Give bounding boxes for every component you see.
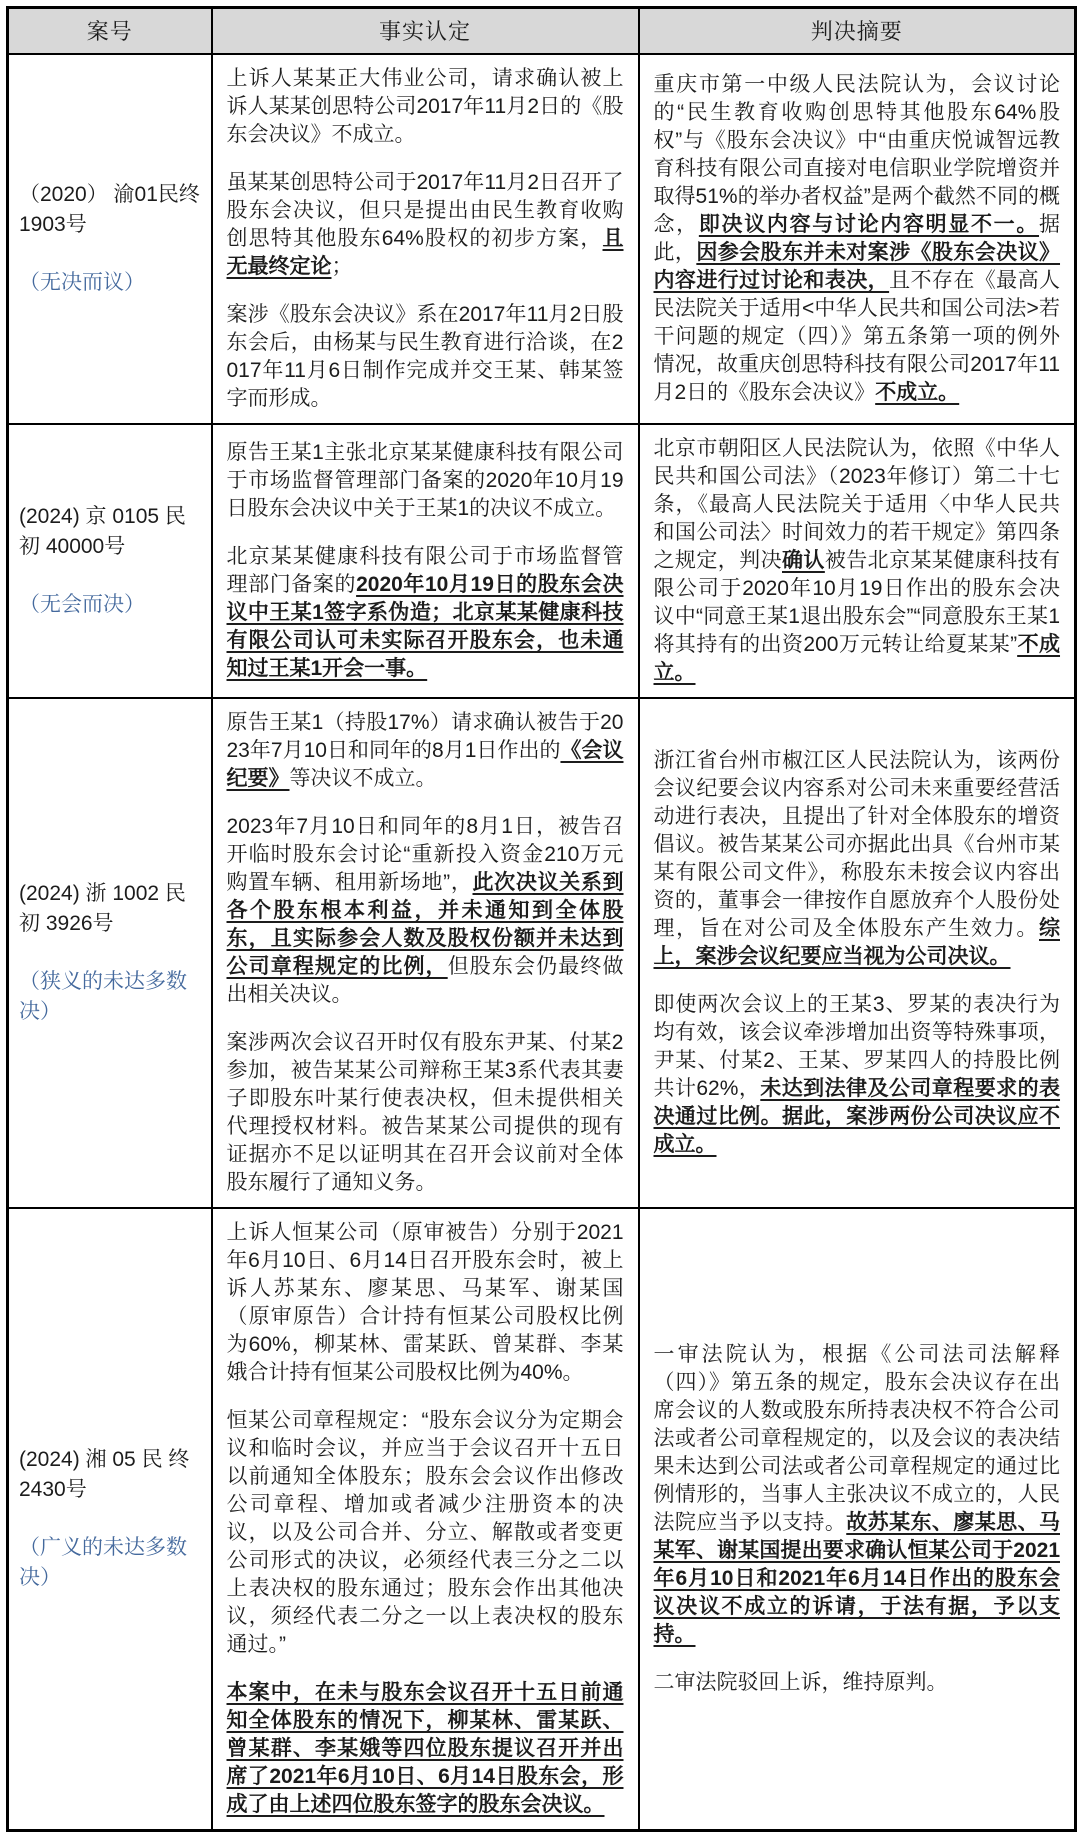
body-text: 重庆市第一中级人民法院认为，会议讨论的“民生教育收购创思特其他股东64%股权”与… bbox=[654, 73, 1061, 236]
judgment-paragraphs: 一审法院认为，根据《公司法司法解释（四）》第五条的规定，股东会决议存在出席会议的… bbox=[654, 1341, 1061, 1697]
facts-paragraphs: 原告王某1（持股17%）请求确认被告于2023年7月10日和同年的8月1日作出的… bbox=[227, 709, 624, 1197]
body-text: 案涉两次会议召开时仅有股东尹某、付某2参加，被告某某公司辩称王某3系代表其妻子即… bbox=[227, 1031, 624, 1194]
body-text: 一审法院认为，根据《公司法司法解释（四）》第五条的规定，股东会决议存在出席会议的… bbox=[654, 1343, 1061, 1534]
body-text: 上诉人某某正大伟业公司，请求确认被上诉人某某创思特公司2017年11月2日的《股… bbox=[227, 67, 624, 146]
paragraph: 二审法院驳回上诉，维持原判。 bbox=[654, 1669, 1061, 1697]
paragraph: 原告王某1主张北京某某健康科技有限公司于市场监督管理部门备案的2020年10月1… bbox=[227, 439, 624, 523]
paragraph: 恒某公司章程规定：“股东会议分为定期会议和临时会议，并应当于会议召开十五日以前通… bbox=[227, 1407, 624, 1659]
page: 案号 事实认定 判决摘要 （2020） 渝01民终 1903号 （无决而议） 上… bbox=[0, 0, 1080, 1838]
emphasized-text: 确认 bbox=[782, 549, 825, 572]
paragraph: 重庆市第一中级人民法院认为，会议讨论的“民生教育收购创思特其他股东64%股权”与… bbox=[654, 71, 1061, 407]
paragraph: 一审法院认为，根据《公司法司法解释（四）》第五条的规定，股东会决议存在出席会议的… bbox=[654, 1341, 1061, 1649]
case-number: （2020） 渝01民终 1903号 bbox=[19, 180, 201, 240]
case-cell: (2024) 浙 1002 民 初 3926号 （狭义的未达多数决） bbox=[8, 698, 212, 1208]
table-row: (2024) 湘 05 民 终 2430号 （广义的未达多数决） 上诉人恒某公司… bbox=[8, 1208, 1076, 1831]
emphasized-text: 本案中，在未与股东会议召开十五日前通知全体股东的情况下，柳某林、雷某跃、曾某群、… bbox=[227, 1681, 624, 1816]
judgment-cell: 浙江省台州市椒江区人民法院认为，该两份会议纪要会议内容系对公司未来重要经营活动进… bbox=[639, 698, 1076, 1208]
judgment-cell: 一审法院认为，根据《公司法司法解释（四）》第五条的规定，股东会决议存在出席会议的… bbox=[639, 1208, 1076, 1831]
case-tag: （无决而议） bbox=[19, 268, 201, 298]
paragraph: 上诉人某某正大伟业公司，请求确认被上诉人某某创思特公司2017年11月2日的《股… bbox=[227, 65, 624, 149]
facts-cell: 原告王某1（持股17%）请求确认被告于2023年7月10日和同年的8月1日作出的… bbox=[212, 698, 639, 1208]
case-tag: （狭义的未达多数决） bbox=[19, 967, 201, 1027]
body-text: 浙江省台州市椒江区人民法院认为，该两份会议纪要会议内容系对公司未来重要经营活动进… bbox=[654, 749, 1061, 940]
header-fact-finding: 事实认定 bbox=[212, 8, 639, 54]
facts-paragraphs: 上诉人恒某公司（原审被告）分别于2021年6月10日、6月14日召开股东会时，被… bbox=[227, 1219, 624, 1819]
paragraph: 上诉人恒某公司（原审被告）分别于2021年6月10日、6月14日召开股东会时，被… bbox=[227, 1219, 624, 1387]
body-text: 二审法院驳回上诉，维持原判。 bbox=[654, 1671, 948, 1694]
case-number: (2024) 浙 1002 民 初 3926号 bbox=[19, 879, 201, 939]
paragraph: 北京市朝阳区人民法院认为，依照《中华人民共和国公司法》（2023年修订）第二十七… bbox=[654, 435, 1061, 687]
facts-cell: 上诉人恒某公司（原审被告）分别于2021年6月10日、6月14日召开股东会时，被… bbox=[212, 1208, 639, 1831]
judgment-paragraphs: 重庆市第一中级人民法院认为，会议讨论的“民生教育收购创思特其他股东64%股权”与… bbox=[654, 71, 1061, 407]
judgment-cell: 北京市朝阳区人民法院认为，依照《中华人民共和国公司法》（2023年修订）第二十七… bbox=[639, 424, 1076, 698]
table-row: (2024) 浙 1002 民 初 3926号 （狭义的未达多数决） 原告王某1… bbox=[8, 698, 1076, 1208]
judgment-cell: 重庆市第一中级人民法院认为，会议讨论的“民生教育收购创思特其他股东64%股权”与… bbox=[639, 54, 1076, 424]
facts-paragraphs: 上诉人某某正大伟业公司，请求确认被上诉人某某创思特公司2017年11月2日的《股… bbox=[227, 65, 624, 413]
case-tag: （广义的未达多数决） bbox=[19, 1533, 201, 1593]
judgment-paragraphs: 浙江省台州市椒江区人民法院认为，该两份会议纪要会议内容系对公司未来重要经营活动进… bbox=[654, 747, 1061, 1159]
paragraph: 即使两次会议上的王某3、罗某的表决行为均有效，该会议牵涉增加出资等特殊事项，尹某… bbox=[654, 991, 1061, 1159]
body-text: 案涉《股东会决议》系在2017年11月2日股东会后，由杨某与民生教育进行洽谈，在… bbox=[227, 303, 624, 410]
case-number: (2024) 湘 05 民 终 2430号 bbox=[19, 1445, 201, 1505]
paragraph: 浙江省台州市椒江区人民法院认为，该两份会议纪要会议内容系对公司未来重要经营活动进… bbox=[654, 747, 1061, 971]
case-number: (2024) 京 0105 民 初 40000号 bbox=[19, 502, 201, 562]
body-text: 恒某公司章程规定：“股东会议分为定期会议和临时会议，并应当于会议召开十五日以前通… bbox=[227, 1409, 624, 1656]
body-text: 上诉人恒某公司（原审被告）分别于2021年6月10日、6月14日召开股东会时，被… bbox=[227, 1221, 624, 1384]
header-case-number: 案号 bbox=[8, 8, 212, 54]
paragraph: 虽某某创思特公司于2017年11月2日召开了股东会决议，但只是提出由民生教育收购… bbox=[227, 169, 624, 281]
body-text: 原告王某1主张北京某某健康科技有限公司于市场监督管理部门备案的2020年10月1… bbox=[227, 441, 624, 520]
facts-paragraphs: 原告王某1主张北京某某健康科技有限公司于市场监督管理部门备案的2020年10月1… bbox=[227, 439, 624, 683]
table-row: （2020） 渝01民终 1903号 （无决而议） 上诉人某某正大伟业公司，请求… bbox=[8, 54, 1076, 424]
paragraph: 原告王某1（持股17%）请求确认被告于2023年7月10日和同年的8月1日作出的… bbox=[227, 709, 624, 793]
case-cell: (2024) 京 0105 民 初 40000号 （无会而决） bbox=[8, 424, 212, 698]
body-text: ； bbox=[332, 255, 353, 278]
header-row: 案号 事实认定 判决摘要 bbox=[8, 8, 1076, 54]
table-header: 案号 事实认定 判决摘要 bbox=[8, 8, 1076, 54]
emphasized-text: 即决议内容与讨论内容明显不一。 bbox=[699, 213, 1039, 236]
judgment-paragraphs: 北京市朝阳区人民法院认为，依照《中华人民共和国公司法》（2023年修订）第二十七… bbox=[654, 435, 1061, 687]
facts-cell: 原告王某1主张北京某某健康科技有限公司于市场监督管理部门备案的2020年10月1… bbox=[212, 424, 639, 698]
header-judgment-summary: 判决摘要 bbox=[639, 8, 1076, 54]
paragraph: 案涉《股东会决议》系在2017年11月2日股东会后，由杨某与民生教育进行洽谈，在… bbox=[227, 301, 624, 413]
table-body: （2020） 渝01民终 1903号 （无决而议） 上诉人某某正大伟业公司，请求… bbox=[8, 54, 1076, 1831]
paragraph: 案涉两次会议召开时仅有股东尹某、付某2参加，被告某某公司辩称王某3系代表其妻子即… bbox=[227, 1029, 624, 1197]
emphasized-text: 不成立。 bbox=[875, 381, 959, 404]
case-tag: （无会而决） bbox=[19, 590, 201, 620]
table-row: (2024) 京 0105 民 初 40000号 （无会而决） 原告王某1主张北… bbox=[8, 424, 1076, 698]
case-table: 案号 事实认定 判决摘要 （2020） 渝01民终 1903号 （无决而议） 上… bbox=[6, 6, 1077, 1832]
paragraph: 北京某某健康科技有限公司于市场监督管理部门备案的2020年10月19日的股东会决… bbox=[227, 543, 624, 683]
facts-cell: 上诉人某某正大伟业公司，请求确认被上诉人某某创思特公司2017年11月2日的《股… bbox=[212, 54, 639, 424]
case-cell: （2020） 渝01民终 1903号 （无决而议） bbox=[8, 54, 212, 424]
paragraph: 本案中，在未与股东会议召开十五日前通知全体股东的情况下，柳某林、雷某跃、曾某群、… bbox=[227, 1679, 624, 1819]
case-cell: (2024) 湘 05 民 终 2430号 （广义的未达多数决） bbox=[8, 1208, 212, 1831]
body-text: 虽某某创思特公司于2017年11月2日召开了股东会决议，但只是提出由民生教育收购… bbox=[227, 171, 624, 250]
paragraph: 2023年7月10日和同年的8月1日，被告召开临时股东会讨论“重新投入资金210… bbox=[227, 813, 624, 1009]
body-text: 等决议不成立。 bbox=[290, 767, 437, 790]
